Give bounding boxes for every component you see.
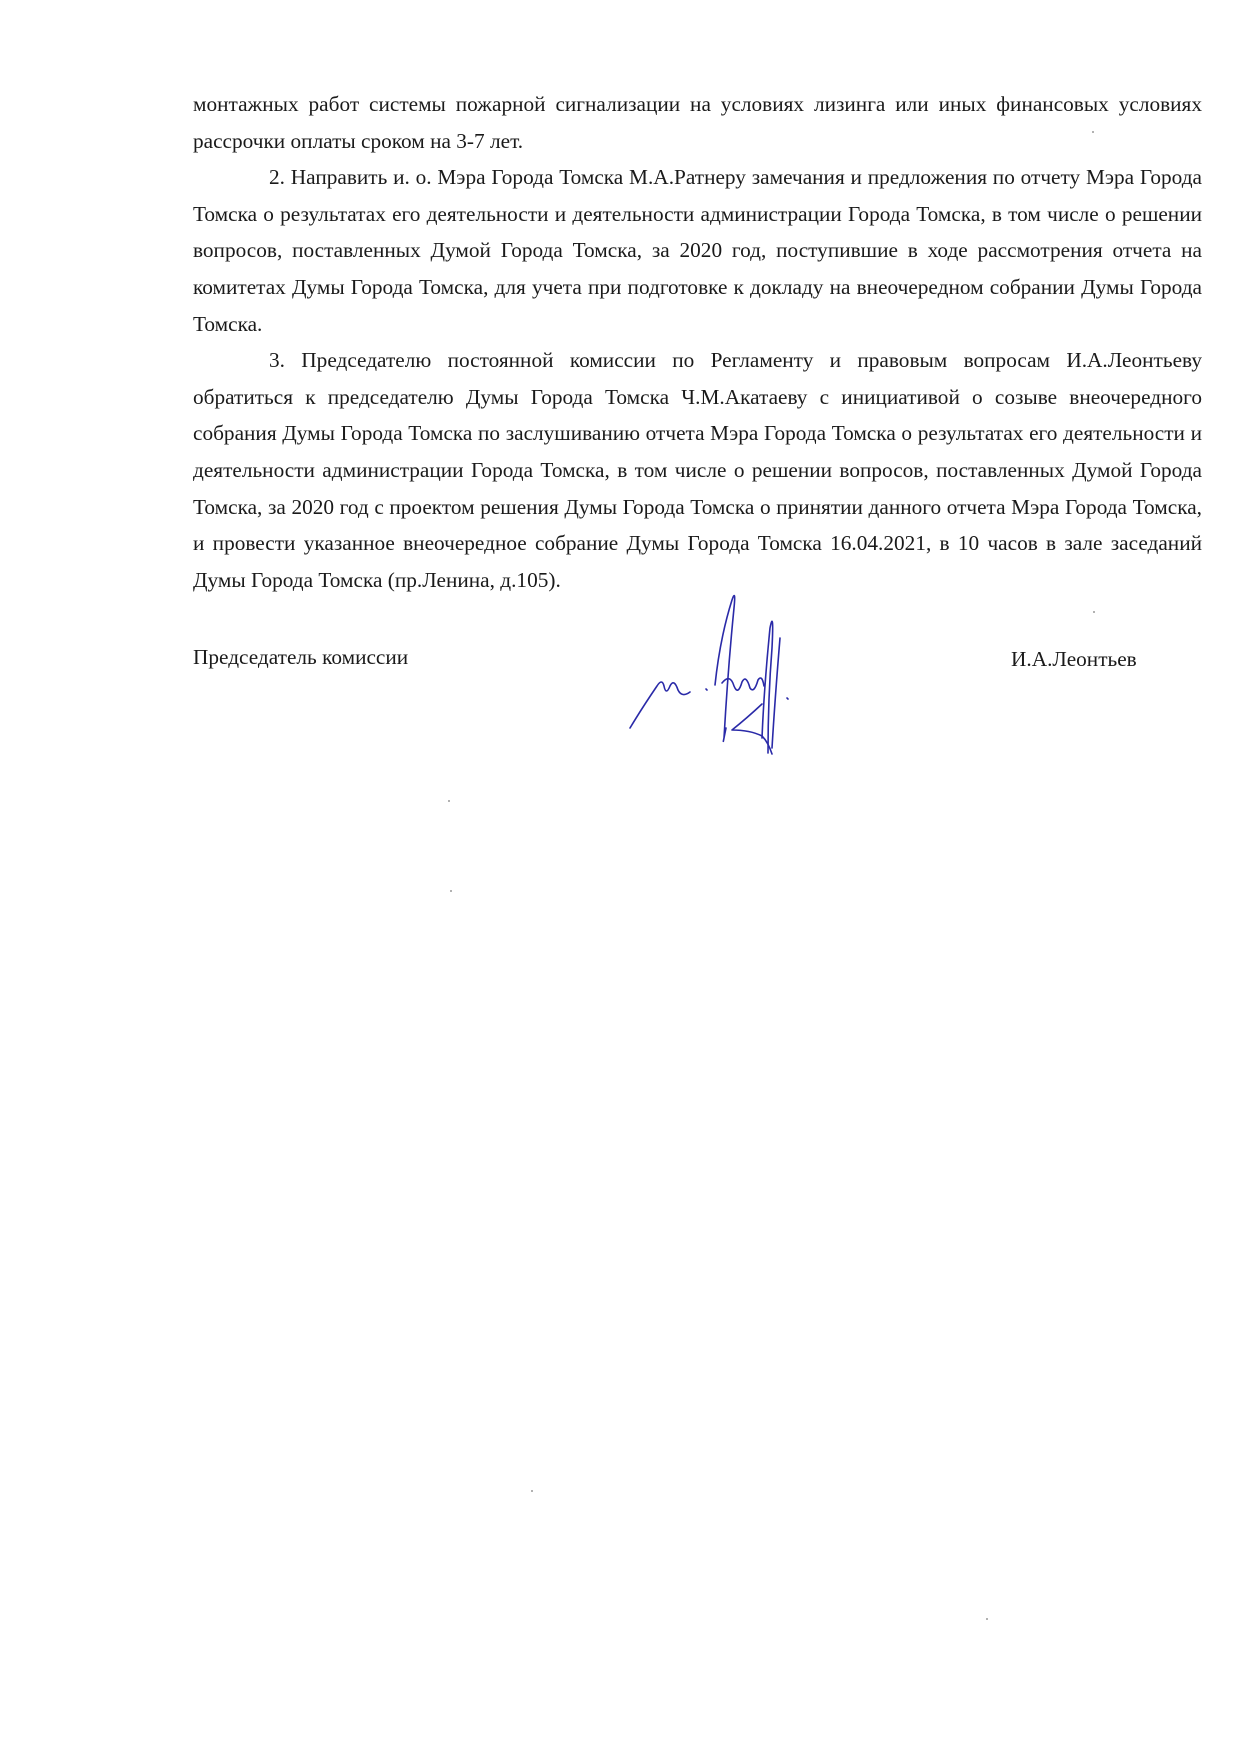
scan-artifact [448, 800, 450, 802]
scan-artifact [1092, 131, 1094, 133]
document-body: монтажных работ системы пожарной сигнали… [193, 86, 1202, 598]
handwritten-signature-icon [612, 578, 812, 758]
signatory-title: Председатель комиссии [193, 645, 408, 670]
scan-artifact [986, 1618, 988, 1620]
paragraph-continuation: монтажных работ системы пожарной сигнали… [193, 86, 1202, 159]
paragraph-item-3: 3. Председателю постоянной комиссии по Р… [193, 342, 1202, 598]
paragraph-item-2: 2. Направить и. о. Мэра Города Томска М.… [193, 159, 1202, 342]
scan-artifact [1093, 611, 1095, 613]
signatory-name: И.А.Леонтьев [1011, 647, 1137, 672]
document-page: монтажных работ системы пожарной сигнали… [0, 0, 1240, 1753]
scan-artifact [531, 1490, 533, 1492]
scan-artifact [450, 890, 452, 892]
